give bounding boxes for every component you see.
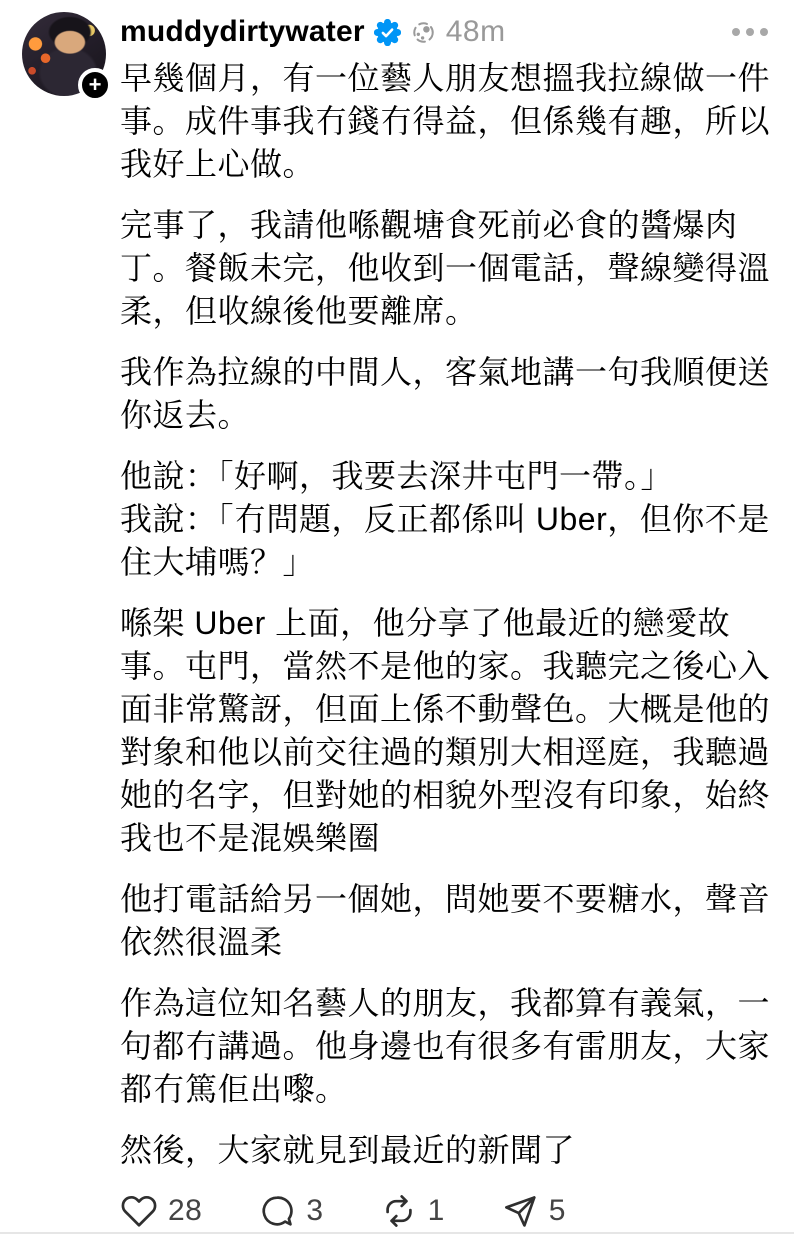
follow-plus-badge[interactable]: + <box>78 68 112 102</box>
reply-count: 3 <box>306 1194 323 1228</box>
repost-count: 1 <box>428 1194 445 1228</box>
post-paragraph: 我作為拉線的中間人，客氣地講一句我順便送你返去。 <box>120 351 770 437</box>
post-header: muddydirtywater 48m <box>120 12 770 52</box>
username[interactable]: muddydirtywater <box>120 15 365 49</box>
fediverse-icon <box>410 19 437 46</box>
dot-icon <box>746 28 754 36</box>
timestamp: 48m <box>446 15 506 49</box>
reply-button[interactable]: 3 <box>258 1192 323 1230</box>
action-bar: 28 3 1 <box>120 1190 770 1234</box>
post-paragraph: 早幾個月，有一位藝人朋友想搵我拉線做一件事。成件事我冇錢冇得益，但係幾有趣，所以… <box>120 57 770 186</box>
post-paragraph: 他說：「好啊，我要去深井屯門一帶。」 我說：「冇問題，反正都係叫 Uber，但你… <box>120 455 770 584</box>
share-count: 5 <box>549 1194 566 1228</box>
post-content-column: muddydirtywater 48m <box>120 12 770 1234</box>
verified-icon <box>374 19 401 46</box>
thread-post: + muddydirtywater <box>0 0 794 1234</box>
post-left-column: + <box>22 12 120 1234</box>
more-options-button[interactable] <box>730 20 770 44</box>
like-count: 28 <box>168 1194 202 1228</box>
post-paragraph: 喺架 Uber 上面，他分享了他最近的戀愛故事。屯門，當然不是他的家。我聽完之後… <box>120 602 770 860</box>
post-paragraph: 然後，大家就見到最近的新聞了 <box>120 1129 770 1172</box>
post-paragraph: 完事了，我請他喺觀塘食死前必食的醬爆肉丁。餐飯未完，他收到一個電話，聲線變得溫柔… <box>120 204 770 333</box>
post-body: 早幾個月，有一位藝人朋友想搵我拉線做一件事。成件事我冇錢冇得益，但係幾有趣，所以… <box>120 57 770 1172</box>
comment-icon <box>258 1192 296 1230</box>
heart-icon <box>120 1192 158 1230</box>
post-paragraph: 作為這位知名藝人的朋友，我都算有義氣，一句都冇講過。他身邊也有很多有雷朋友，大家… <box>120 982 770 1111</box>
share-icon <box>501 1192 539 1230</box>
dot-icon <box>760 28 768 36</box>
like-button[interactable]: 28 <box>120 1192 202 1230</box>
post-paragraph: 他打電話給另一個她，問她要不要糖水，聲音依然很溫柔 <box>120 878 770 964</box>
share-button[interactable]: 5 <box>501 1192 566 1230</box>
repost-icon <box>380 1192 418 1230</box>
dot-icon <box>732 28 740 36</box>
repost-button[interactable]: 1 <box>380 1192 445 1230</box>
avatar[interactable]: + <box>22 12 106 96</box>
